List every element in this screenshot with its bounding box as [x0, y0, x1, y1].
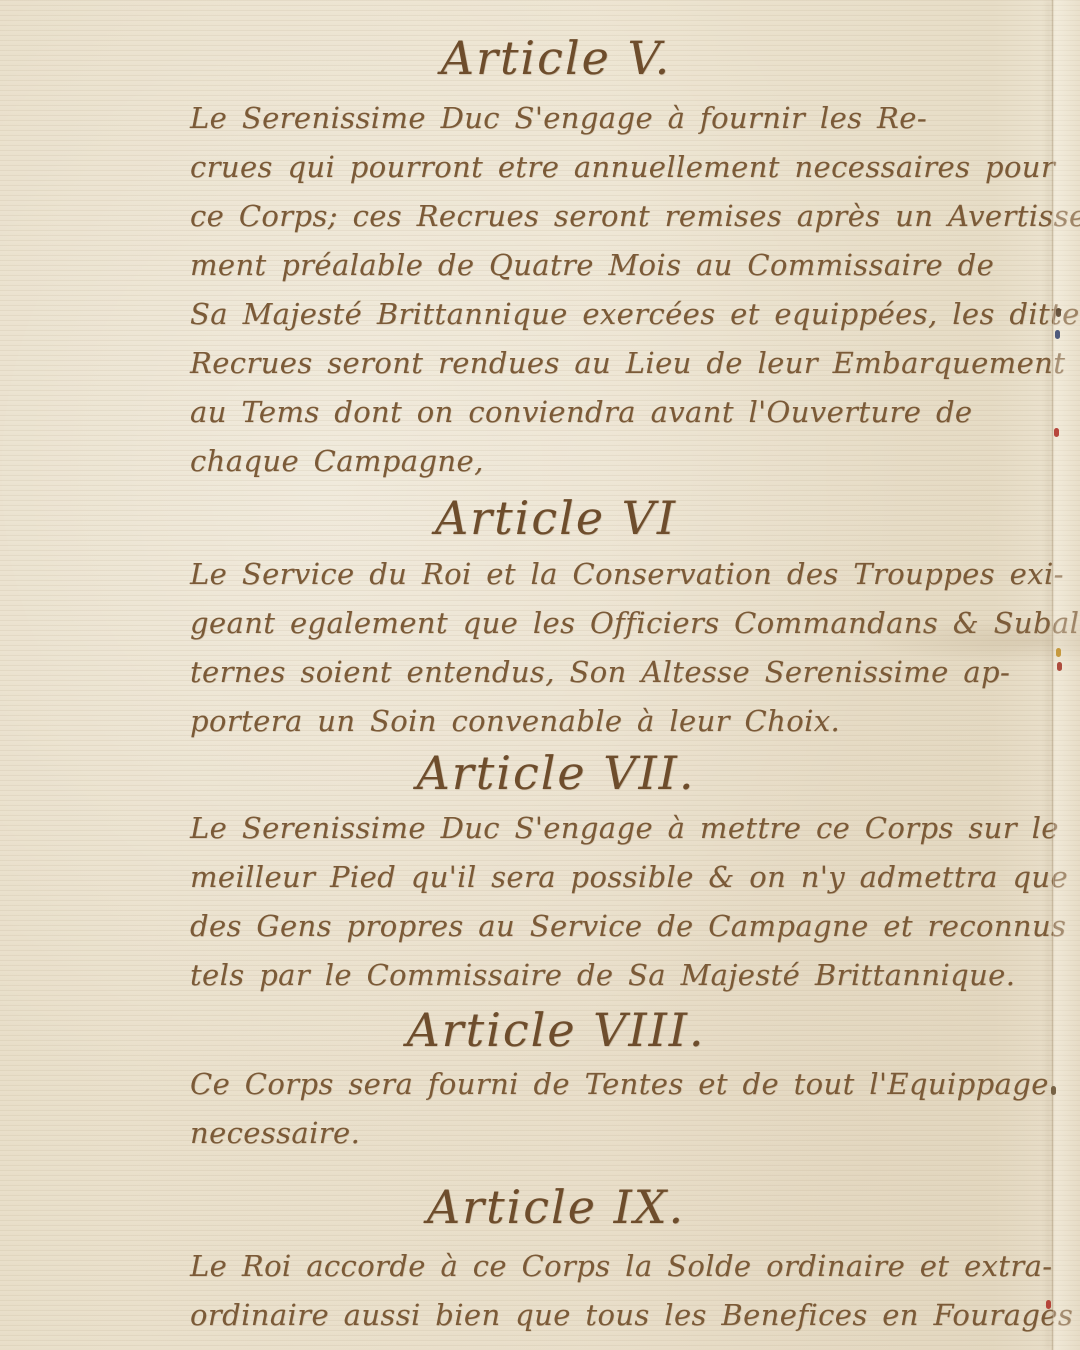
manuscript-line: au Tems dont on conviendra avant l'Ouver… [190, 388, 1052, 437]
article-section-vii: Article VII. Le Serenissime Duc S'engage… [190, 742, 1052, 1000]
manuscript-page: Article V. Le Serenissime Duc S'engage à… [0, 0, 1080, 1350]
manuscript-line: chaque Campagne, [190, 437, 1052, 486]
manuscript-line: Ce Corps sera fourni de Tentes et de tou… [190, 1060, 1052, 1109]
article-section-viii: Article VIII. Ce Corps sera fourni de Te… [190, 1000, 1052, 1158]
manuscript-line: ordinaire aussi bien que tous les Benefi… [190, 1291, 1052, 1340]
manuscript-line: Le Service du Roi et la Conservation des… [190, 550, 1052, 599]
manuscript-content: Article V. Le Serenissime Duc S'engage à… [190, 22, 1052, 1340]
manuscript-line: ce Corps; ces Recrues seront remises apr… [190, 192, 1052, 241]
stitch-mark [1054, 428, 1059, 437]
stitch-mark [1056, 648, 1061, 657]
stitch-mark [1057, 662, 1062, 671]
manuscript-line: Le Roi accorde à ce Corps la Solde ordin… [190, 1242, 1052, 1291]
article-heading: Article V. [190, 22, 922, 94]
manuscript-line: ment préalable de Quatre Mois au Commiss… [190, 241, 1052, 290]
manuscript-line: Sa Majesté Brittannique exercées et equi… [190, 290, 1052, 339]
stitch-mark [1051, 1086, 1056, 1095]
manuscript-line: crues qui pourront etre annuellement nec… [190, 143, 1052, 192]
manuscript-line: portera un Soin convenable à leur Choix. [190, 697, 1052, 746]
article-section-ix: Article IX. Le Roi accorde à ce Corps la… [190, 1172, 1052, 1340]
article-section-v: Article V. Le Serenissime Duc S'engage à… [190, 22, 1052, 486]
manuscript-line: des Gens propres au Service de Campagne … [190, 902, 1052, 951]
article-heading: Article VI [190, 486, 922, 550]
stitch-mark [1056, 308, 1061, 317]
article-heading: Article VII. [190, 742, 922, 804]
article-section-vi: Article VI Le Service du Roi et la Conse… [190, 486, 1052, 746]
stitch-mark [1055, 330, 1060, 339]
manuscript-line: Recrues seront rendues au Lieu de leur E… [190, 339, 1052, 388]
manuscript-line: Le Serenissime Duc S'engage à mettre ce … [190, 804, 1052, 853]
manuscript-line: tels par le Commissaire de Sa Majesté Br… [190, 951, 1052, 1000]
paper-wrinkle [860, 618, 1080, 664]
article-heading: Article VIII. [190, 1000, 922, 1060]
article-heading: Article IX. [190, 1172, 922, 1242]
stitch-mark [1046, 1300, 1051, 1309]
manuscript-line: Le Serenissime Duc S'engage à fournir le… [190, 94, 1052, 143]
fold-shade [1055, 0, 1080, 1350]
manuscript-line: necessaire. [190, 1109, 1052, 1158]
fold-crease [1051, 0, 1055, 1350]
manuscript-line: meilleur Pied qu'il sera possible & on n… [190, 853, 1052, 902]
